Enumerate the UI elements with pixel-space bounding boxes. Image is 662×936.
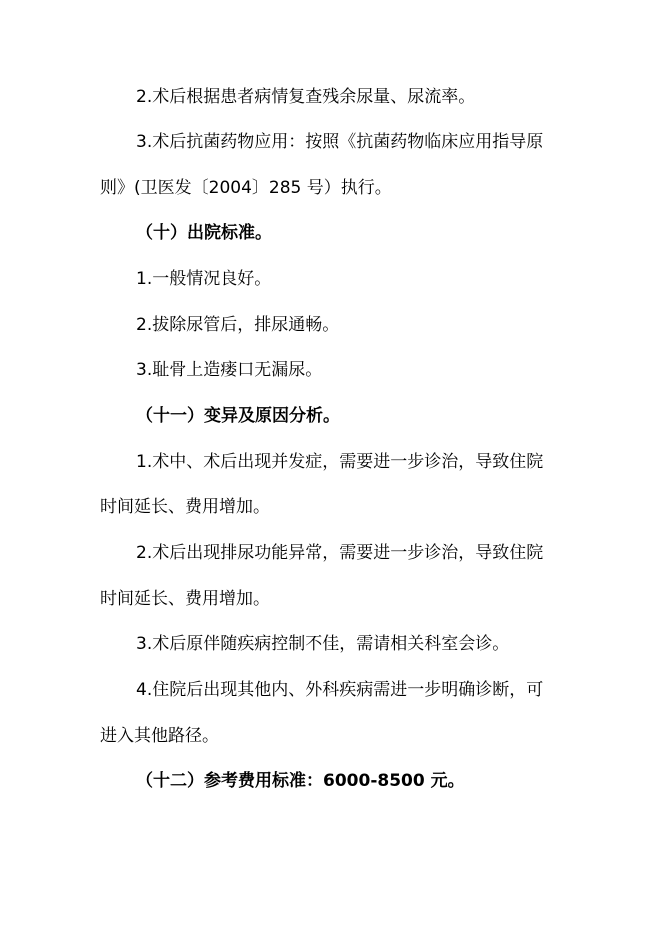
section-heading-variation-analysis: （十一）变异及原因分析。 [136,405,340,427]
paragraph-antibiotics-cont: 则》(卫医发〔2004〕285 号）执行。 [100,177,392,199]
list-item-urination-abnormal-cont: 时间延长、费用增加。 [100,588,270,610]
section-heading-discharge-criteria: （十）出院标准。 [136,222,272,244]
list-item-other-disease: 4.住院后出现其他内、外科疾病需进一步明确诊断，可 [136,679,543,701]
list-item-other-disease-cont: 进入其他路径。 [100,725,219,747]
list-item-general-condition: 1.一般情况良好。 [136,268,271,290]
list-item-complications: 1.术中、术后出现并发症，需要进一步诊治，导致住院 [136,451,543,473]
list-item-urination-abnormal: 2.术后出现排尿功能异常，需要进一步诊治，导致住院 [136,542,543,564]
list-item-catheter-removal: 2.拔除尿管后，排尿通畅。 [136,314,339,336]
list-item-stoma-no-leak: 3.耻骨上造瘘口无漏尿。 [136,359,322,381]
section-heading-reference-cost: （十二）参考费用标准：6000-8500 元。 [136,770,465,792]
paragraph-postop-recheck: 2.术后根据患者病情复查残余尿量、尿流率。 [136,86,475,108]
list-item-comorbidity: 3.术后原伴随疾病控制不佳，需请相关科室会诊。 [136,633,509,655]
paragraph-antibiotics: 3.术后抗菌药物应用：按照《抗菌药物临床应用指导原 [136,131,543,153]
list-item-complications-cont: 时间延长、费用增加。 [100,496,270,518]
